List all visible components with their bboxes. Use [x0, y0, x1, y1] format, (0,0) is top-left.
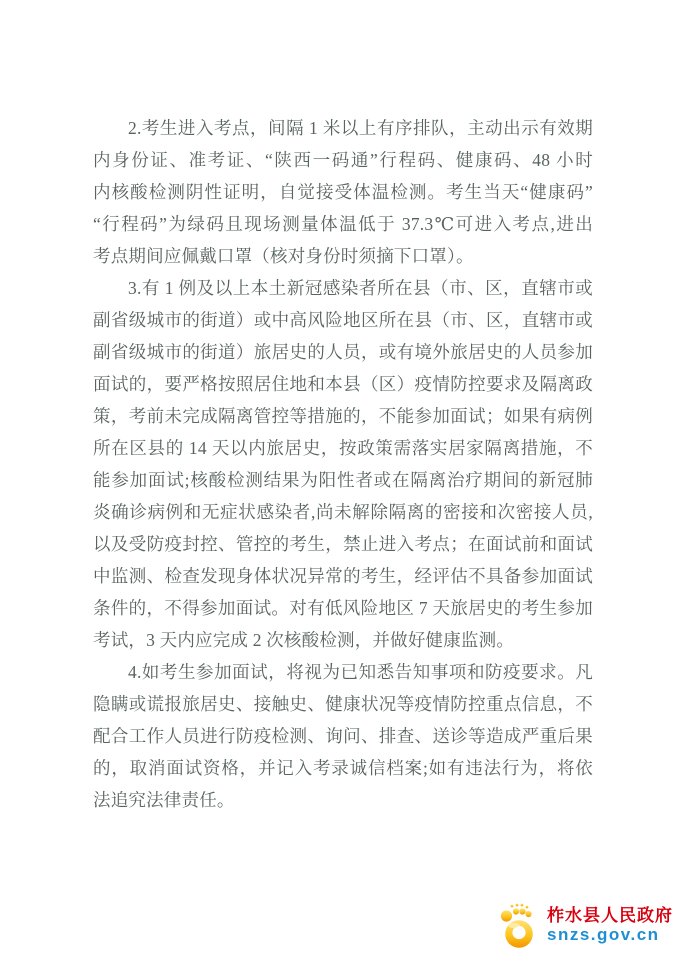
document-line: 面试的，要严格按照居住地和本县（区）疫情防控要求及隔离政: [93, 368, 593, 400]
watermark-text-block: 柞水县人民政府 snzs.gov.cn: [547, 907, 673, 944]
document-body-text: 2.考生进入考点，间隔 1 米以上有序排队，主动出示有效期内身份证、准考证、“陕…: [93, 112, 593, 816]
scanned-document-page: 2.考生进入考点，间隔 1 米以上有序排队，主动出示有效期内身份证、准考证、“陕…: [0, 0, 680, 961]
document-line: 炎确诊病例和无症状感染者,尚未解除隔离的密接和次密接人员,: [93, 496, 593, 528]
document-line: 以及受防疫封控、管控的考生，禁止进入考点；在面试前和面试: [93, 528, 593, 560]
document-line: 策，考前未完成隔离管控等措施的，不能参加面试；如果有病例: [93, 400, 593, 432]
document-line: 法追究法律责任。: [93, 784, 593, 816]
document-line: 内身份证、准考证、“陕西一码通”行程码、健康码、48 小时: [93, 144, 593, 176]
government-site-name: 柞水县人民政府: [547, 907, 673, 926]
government-site-url: snzs.gov.cn: [547, 926, 673, 945]
site-watermark: 柞水县人民政府 snzs.gov.cn: [498, 901, 673, 951]
document-line: 考试，3 天内应完成 2 次核酸检测，并做好健康监测。: [93, 624, 593, 656]
document-line: 隐瞒或谎报旅居史、接触史、健康状况等疫情防控重点信息，不: [93, 688, 593, 720]
document-line: 2.考生进入考点，间隔 1 米以上有序排队，主动出示有效期: [93, 112, 593, 144]
document-line: 能参加面试;核酸检测结果为阳性者或在隔离治疗期间的新冠肺: [93, 464, 593, 496]
document-line: 内核酸检测阴性证明，自觉接受体温检测。考生当天“健康码”: [93, 176, 593, 208]
document-line: 4.如考生参加面试，将视为已知悉告知事项和防疫要求。凡: [93, 656, 593, 688]
document-line: 条件的，不得参加面试。对有低风险地区 7 天旅居史的考生参加: [93, 592, 593, 624]
document-line: 副省级城市的街道）旅居史的人员，或有境外旅居史的人员参加: [93, 336, 593, 368]
document-line: 3.有 1 例及以上本土新冠感染者所在县（市、区，直辖市或: [93, 272, 593, 304]
document-line: 配合工作人员进行防疫检测、询问、排查、送诊等造成严重后果: [93, 720, 593, 752]
document-line: 的，取消面试资格，并记入考录诚信档案;如有违法行为，将依: [93, 752, 593, 784]
document-line: “行程码”为绿码且现场测量体温低于 37.3℃可进入考点,进出: [93, 208, 593, 240]
footprint-logo-icon: [498, 901, 540, 951]
document-line: 中监测、检查发现身体状况异常的考生，经评估不具备参加面试: [93, 560, 593, 592]
document-line: 考点期间应佩戴口罩（核对身份时须摘下口罩）。: [93, 240, 593, 272]
document-line: 所在区县的 14 天以内旅居史，按政策需落实居家隔离措施，不: [93, 432, 593, 464]
document-line: 副省级城市的街道）或中高风险地区所在县（市、区，直辖市或: [93, 304, 593, 336]
